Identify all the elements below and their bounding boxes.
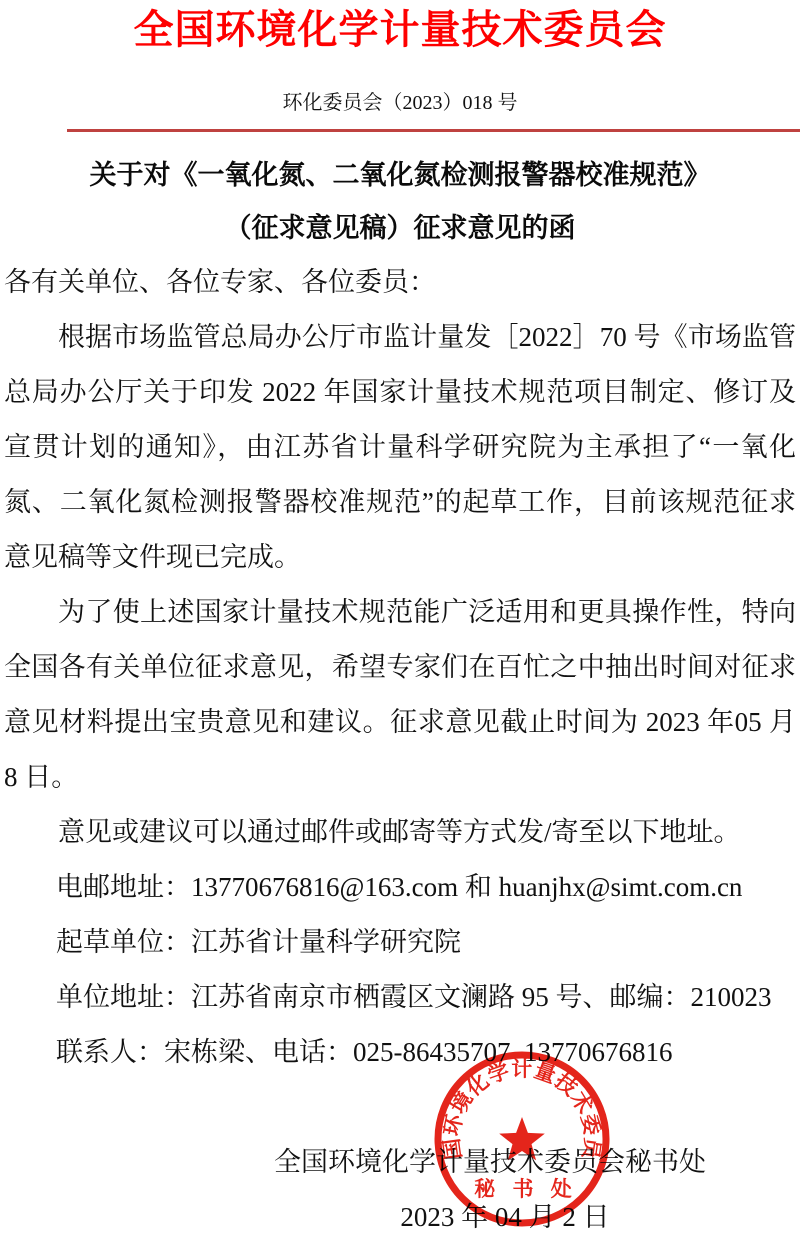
salutation: 各有关单位、各位专家、各位委员： [0, 255, 800, 310]
drafting-unit-line: 起草单位：江苏省计量科学研究院 [0, 915, 800, 970]
signature-line: 全国环境化学计量技术委员会秘书处 [0, 1135, 800, 1190]
body-paragraph-1: 根据市场监管总局办公厅市监计量发［2022］70 号《市场监管总局办公厅关于印发… [0, 310, 800, 585]
document-page: 全国环境化学计量技术委员会 环化委员会（2023）018 号 关于对《一氧化氮、… [0, 0, 800, 1238]
header-rule [67, 129, 800, 132]
unit-address-line: 单位地址：江苏省南京市栖霞区文澜路 95 号、邮编：210023 [0, 970, 800, 1025]
closing-block: 全国环境化学计量技术委员会秘书处 2023 年 04 月 2 日 [0, 1135, 800, 1238]
date-line: 2023 年 04 月 2 日 [0, 1190, 800, 1238]
subject-title-line-2: （征求意见稿）征求意见的函 [0, 213, 800, 243]
subject-title-line-1: 关于对《一氧化氮、二氧化氮检测报警器校准规范》 [0, 160, 800, 190]
contact-person-line: 联系人：宋栋梁、电话：025-86435707 13770676816 [0, 1025, 800, 1080]
contact-email-line: 电邮地址：13770676816@163.com 和 huanjhx@simt.… [0, 860, 800, 915]
body-paragraph-2: 为了使上述国家计量技术规范能广泛适用和更具操作性，特向全国各有关单位征求意见，希… [0, 585, 800, 805]
body-paragraph-3: 意见或建议可以通过邮件或邮寄等方式发/寄至以下地址。 [0, 805, 800, 860]
org-title: 全国环境化学计量技术委员会 [0, 8, 800, 52]
doc-number: 环化委员会（2023）018 号 [0, 92, 800, 114]
